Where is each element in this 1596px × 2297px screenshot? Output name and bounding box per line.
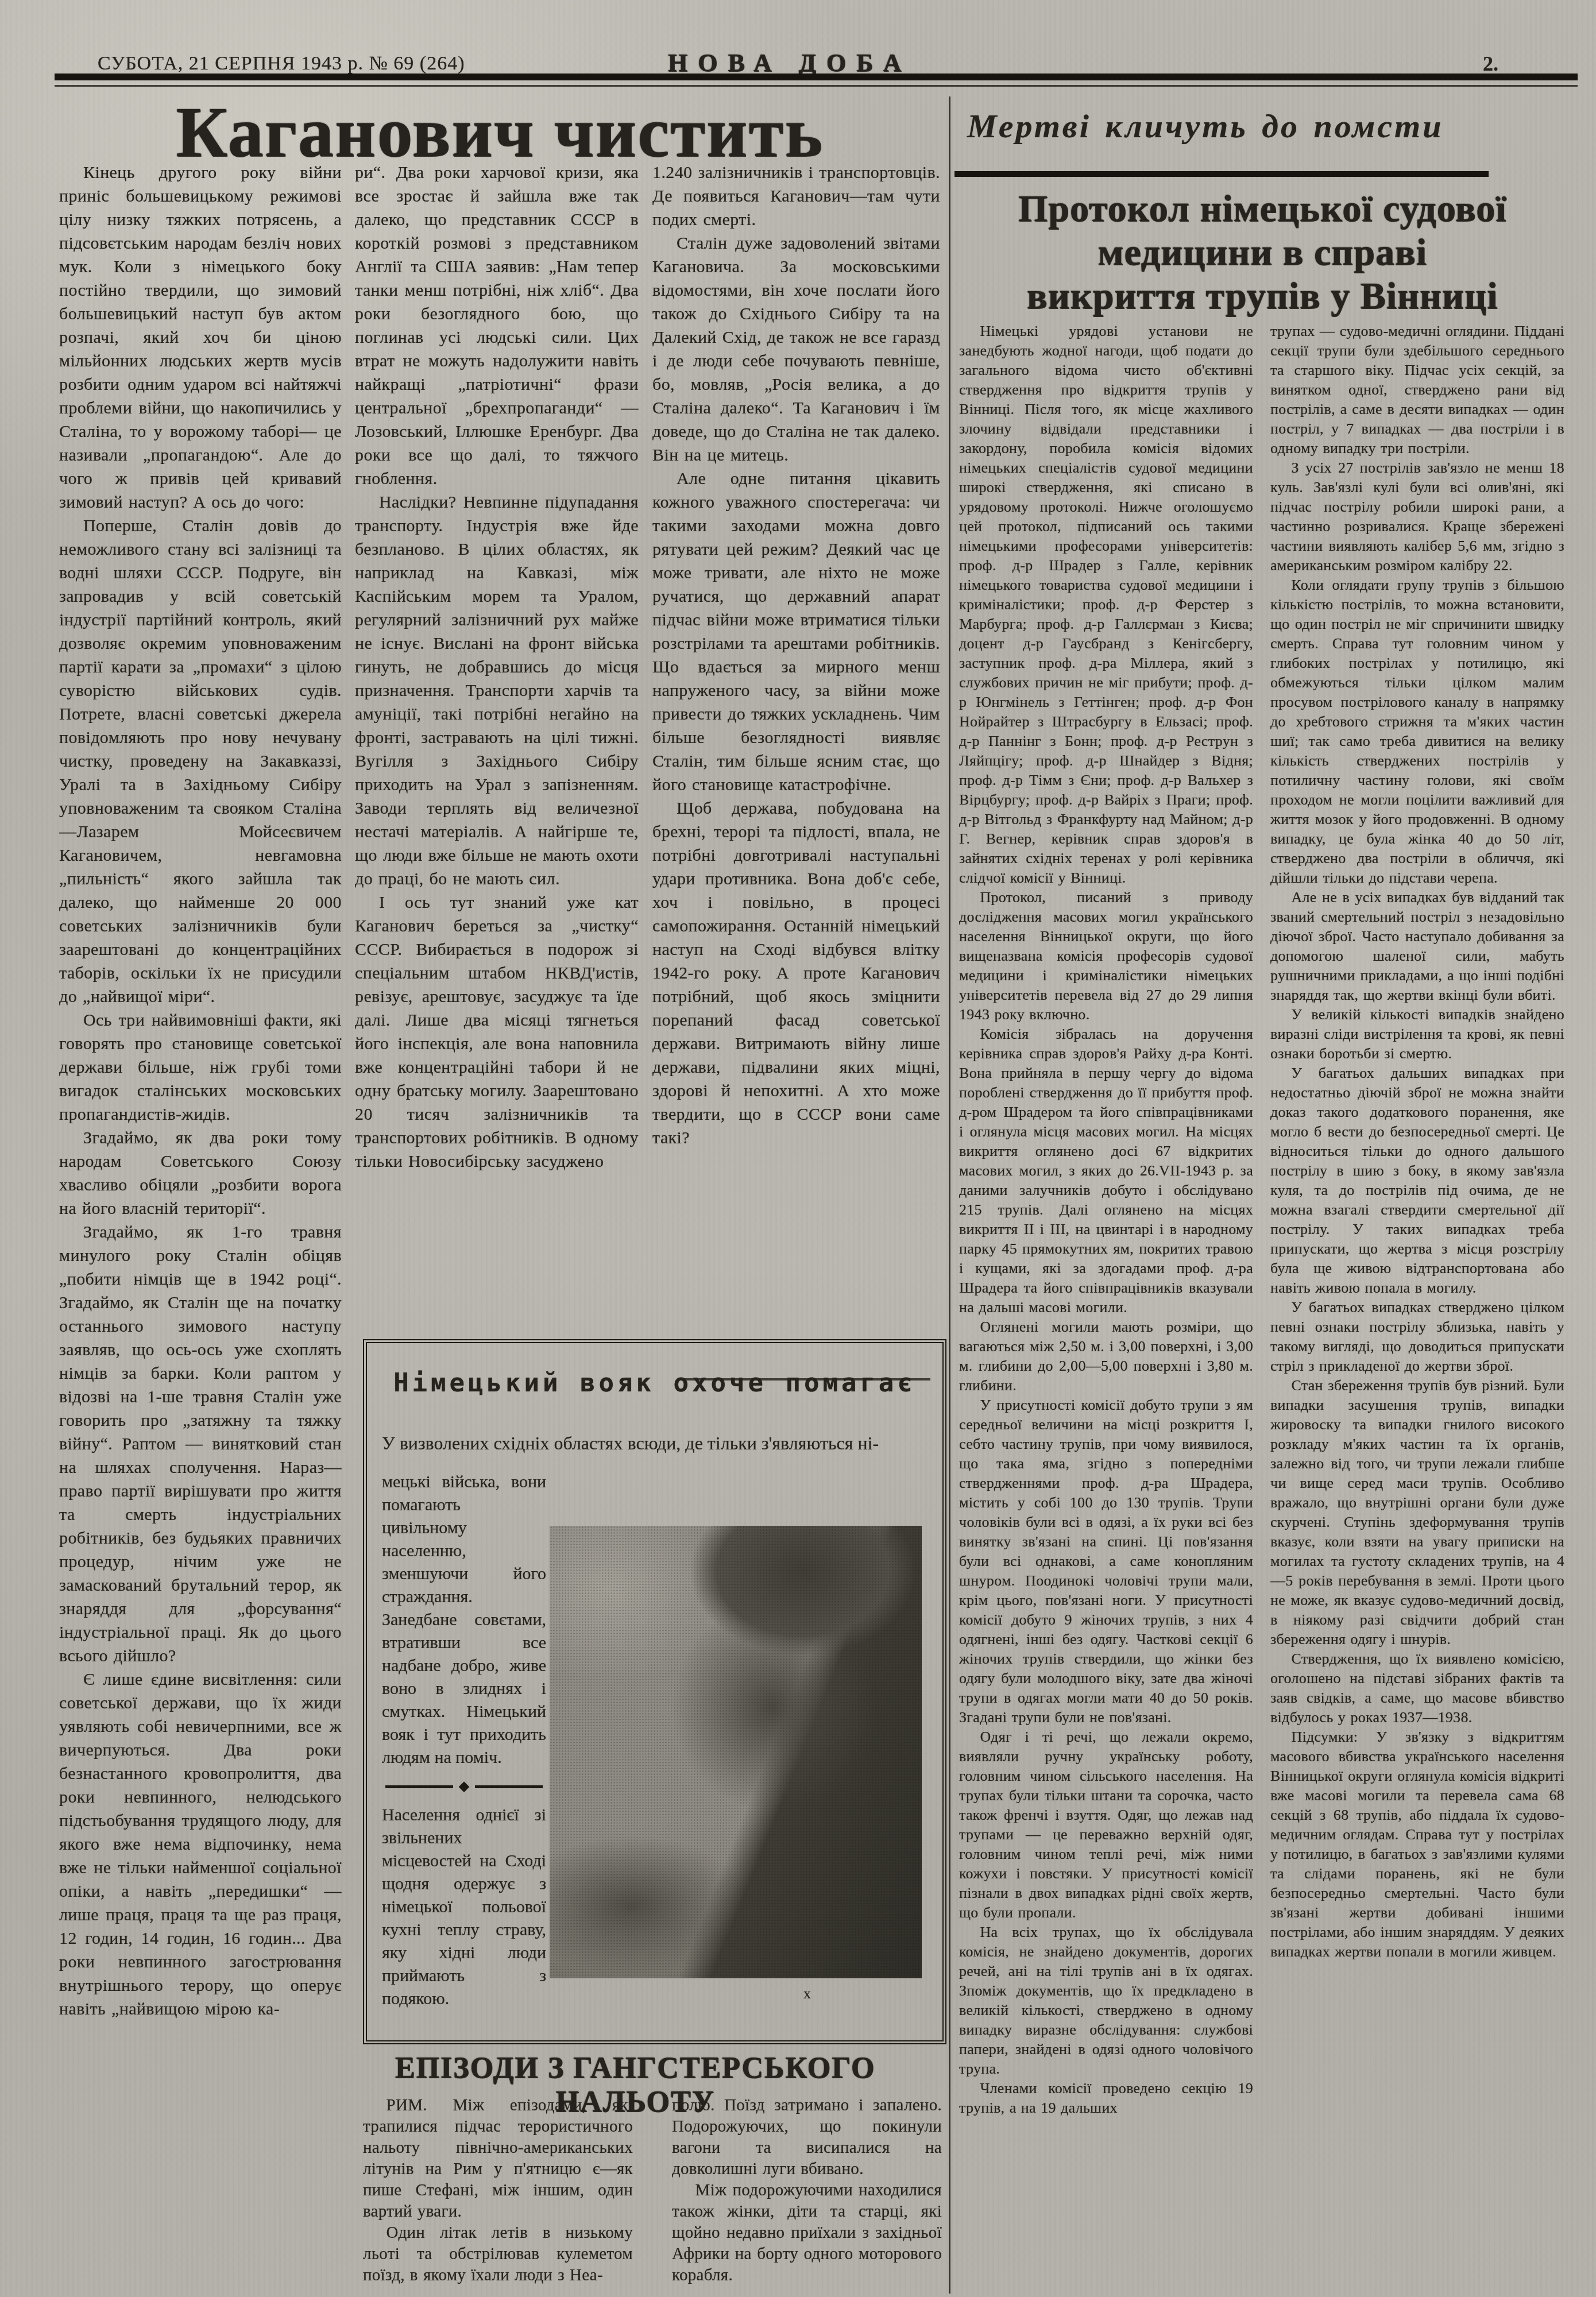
section-divider-rule bbox=[949, 96, 950, 2294]
article-kaganovich-column-1: Кінець другого року війни приніс большев… bbox=[59, 161, 342, 2292]
photo-caption: Населення однієї зі звільнених місцевост… bbox=[382, 1804, 546, 2010]
kicker-underline-rule bbox=[954, 171, 1489, 177]
article-vinnytsia-column-1: Німецькі урядові установи не занедбують … bbox=[959, 322, 1253, 2291]
ornament-divider: ◆ bbox=[385, 1780, 543, 1793]
masthead-rule-thin bbox=[55, 85, 1578, 87]
boxed-article-german-soldier: Німецький вояк охоче помагає У визволени… bbox=[363, 1339, 946, 2044]
article-kaganovich-column-2: ри“. Два роки харчової кризи, яка все зр… bbox=[355, 161, 639, 1327]
boxed-article-body: мецькі війська, вони помагають цивільном… bbox=[382, 1471, 546, 1769]
boxed-article-title: Німецький вояк охоче помагає bbox=[367, 1368, 942, 1398]
divider-bar-right bbox=[475, 1785, 543, 1788]
boxed-article-text-column: мецькі війська, вони помагають цивільном… bbox=[382, 1471, 546, 2022]
diamond-divider-icon: ◆ bbox=[459, 1780, 469, 1793]
article-gangster-column-1: РИМ. Між епізодами, які трапилися підчас… bbox=[363, 2095, 633, 2291]
article-kaganovich-column-3: 1.240 залізничників і транспортовців. Де… bbox=[652, 161, 940, 1344]
masthead-rule-thick bbox=[55, 74, 1578, 80]
photo-german-soldier-field-kitchen bbox=[550, 1526, 922, 1978]
masthead-page-number: 2. bbox=[1483, 52, 1498, 76]
newspaper-page: СУБОТА, 21 СЕРПНЯ 1943 р. № 69 (264) НОВ… bbox=[0, 0, 1596, 2297]
boxed-article-intro: У визволених східніх областях всюди, де … bbox=[382, 1430, 929, 1456]
divider-bar-left bbox=[385, 1785, 453, 1788]
article-vinnytsia-headline: Протокол німецької судовоїмедицини в спр… bbox=[958, 187, 1567, 318]
photo-mark: х bbox=[803, 1985, 811, 2002]
masthead-date-issue: СУБОТА, 21 СЕРПНЯ 1943 р. № 69 (264) bbox=[98, 53, 465, 75]
article-gangster-column-2: полю. Поїзд затримано і запалено. Подоро… bbox=[672, 2095, 942, 2291]
article-vinnytsia-column-2: трупах — судово-медичні оглядини. Піддан… bbox=[1270, 322, 1564, 2291]
article-kicker: Мертві кличуть до помсти bbox=[967, 107, 1443, 145]
